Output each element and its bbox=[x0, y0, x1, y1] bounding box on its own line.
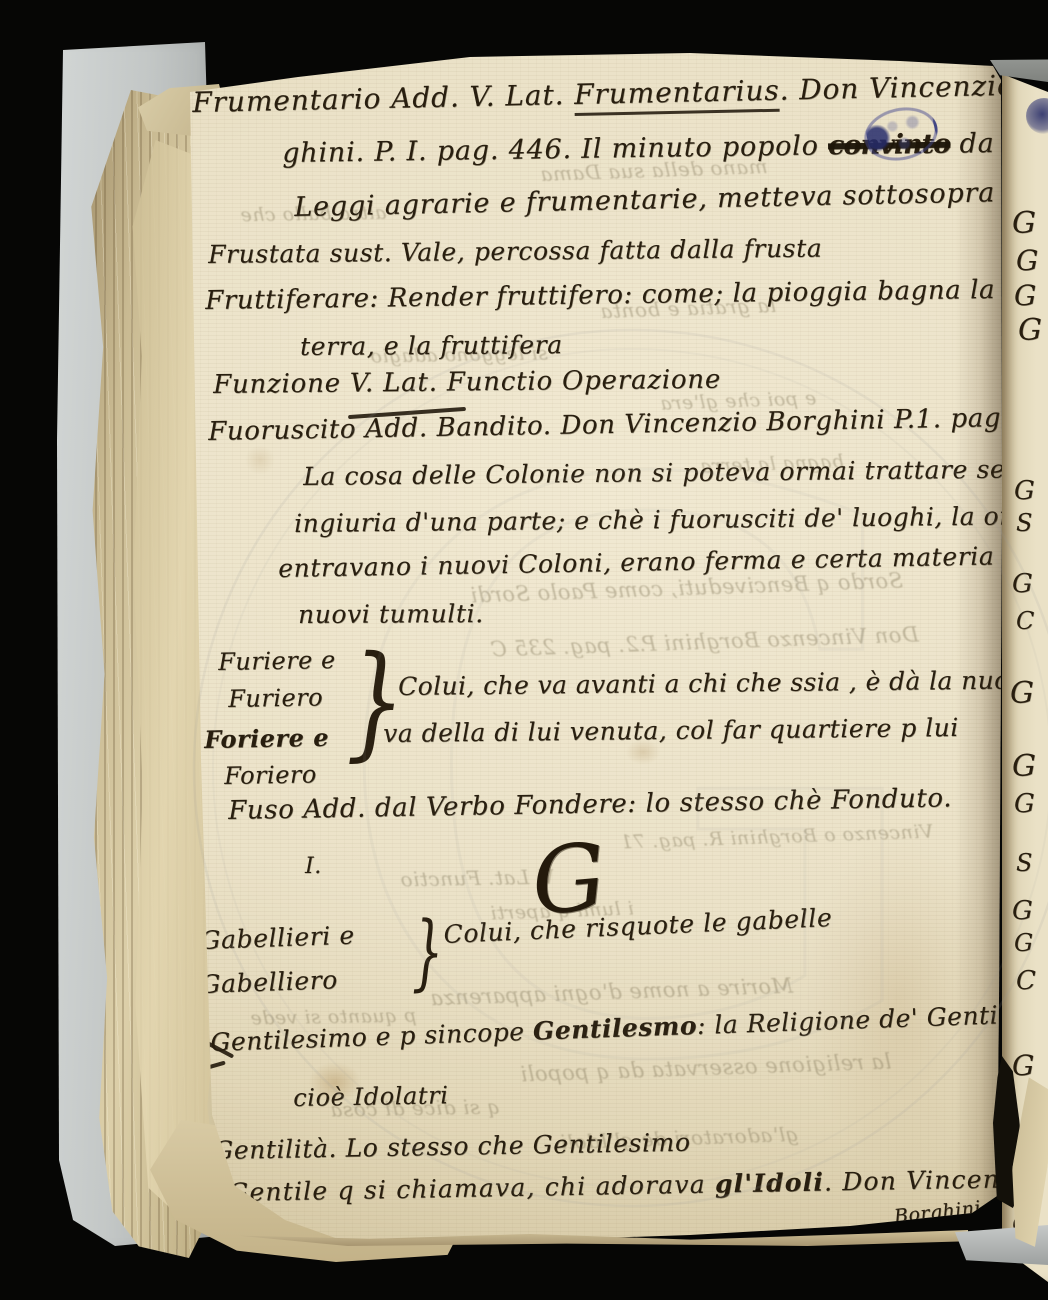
facing-page-letter-fragment: G bbox=[1012, 1049, 1034, 1082]
library-ink-stamp-partial bbox=[1026, 98, 1048, 134]
facing-page-letter-fragment: G bbox=[1014, 789, 1035, 819]
facing-page-letter-fragment: G bbox=[1016, 244, 1038, 277]
facing-page-letter-fragment: C bbox=[1016, 607, 1034, 635]
facing-page-letter-fragment: G bbox=[1012, 749, 1036, 784]
facing-page-letter-fragment: C bbox=[1016, 966, 1036, 996]
photograph-of-manuscript: mano della sua Damaaltro ballo chela gra… bbox=[0, 0, 1048, 1300]
facing-page-letter-fragment: G bbox=[1014, 929, 1033, 957]
facing-page-letter-fragment: G bbox=[1012, 896, 1033, 926]
facing-page-letter-fragment: G bbox=[1018, 313, 1042, 348]
gutter-shadow bbox=[955, 55, 1003, 1215]
facing-page-letter-fragment: S bbox=[1016, 509, 1032, 537]
facing-page-letter-fragment: G bbox=[1014, 279, 1036, 312]
facing-page-letter-fragment: G bbox=[1012, 206, 1036, 241]
facing-page-letter-fragment: G bbox=[1010, 676, 1034, 711]
facing-page-letter-fragment: S bbox=[1016, 849, 1032, 877]
section-heading-letter-g: G bbox=[528, 831, 609, 929]
facing-page-letter-fragment: G bbox=[1012, 569, 1033, 599]
facing-page-letter-fragment: G bbox=[1014, 476, 1035, 506]
